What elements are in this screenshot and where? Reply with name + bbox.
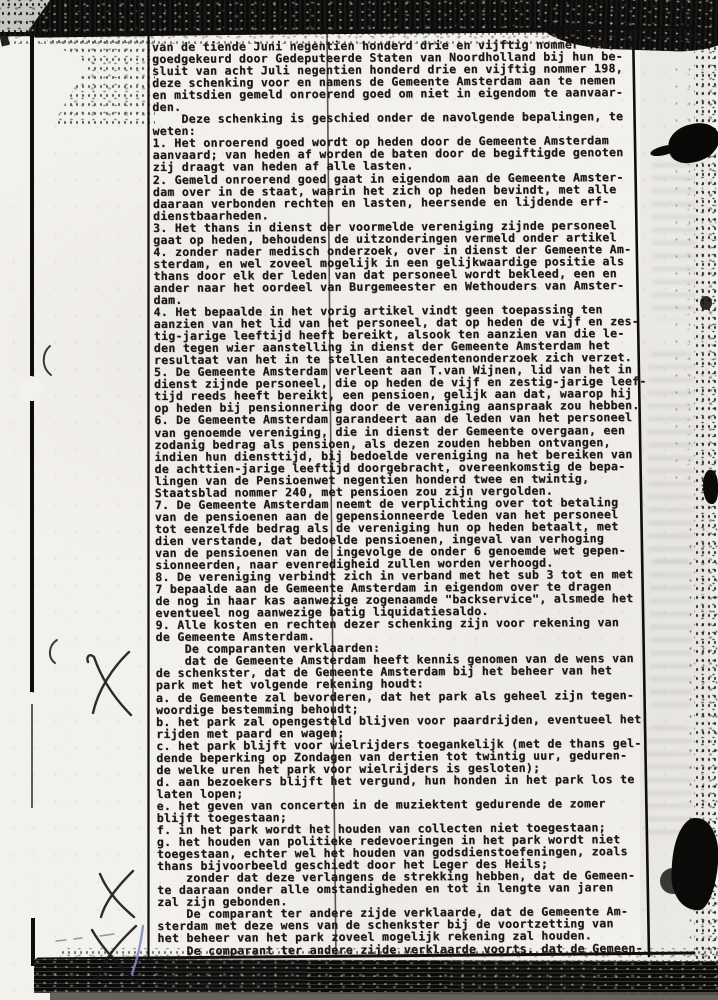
alpha-cross-mark-2 [100,871,134,917]
scanned-deed-page: van de tiende Juni negentien honderd dri… [0,0,718,1000]
margin-marks [0,0,718,1000]
alpha-cross-mark-1 [87,652,131,715]
blue-pen-stroke [132,926,143,974]
c-pencil-mark [50,640,57,663]
paren-pencil-mark [44,346,51,375]
alpha-cross-mark-3 [92,926,142,986]
stray-pencil-dashes [56,934,114,941]
